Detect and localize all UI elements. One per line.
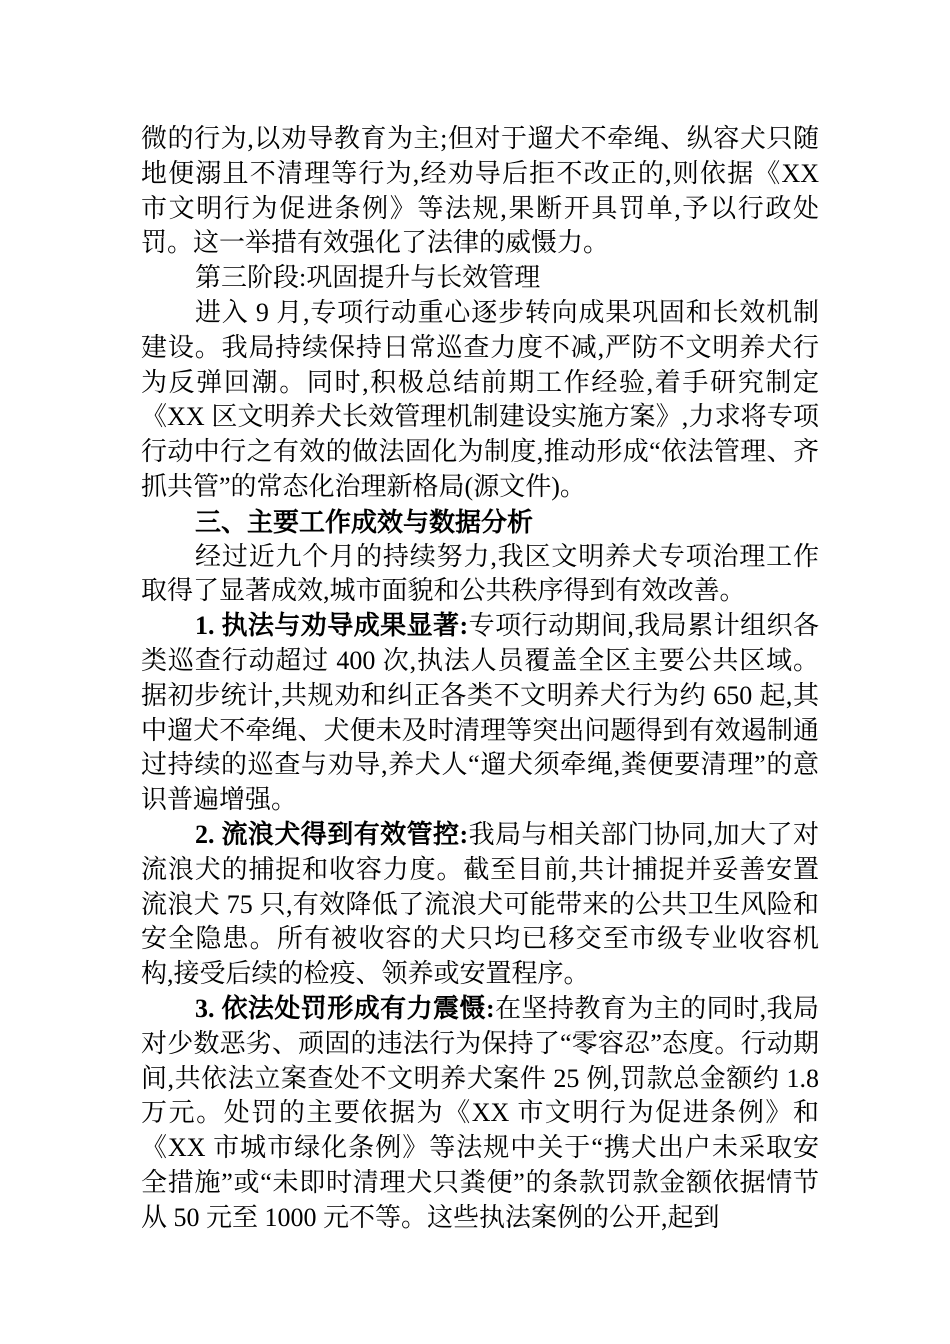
achievement-3-lead: 3. 依法处罚形成有力震慑: <box>195 994 495 1023</box>
paragraph-achievement-3: 3. 依法处罚形成有力震慑:在坚持教育为主的同时,我局对少数恶劣、顽固的违法行为… <box>141 992 819 1236</box>
paragraph-continuation: 微的行为,以劝导教育为主;但对于遛犬不牵绳、纵容犬只随地便溺且不清理等行为,经劝… <box>141 122 819 261</box>
section-heading: 三、主要工作成效与数据分析 <box>141 505 819 540</box>
paragraph-section-intro: 经过近九个月的持续努力,我区文明养犬专项治理工作取得了显著成效,城市面貌和公共秩… <box>141 540 819 610</box>
paragraph-stage3-body: 进入 9 月,专项行动重心逐步转向成果巩固和长效机制建设。我局持续保持日常巡查力… <box>141 296 819 505</box>
section-heading-text: 三、主要工作成效与数据分析 <box>195 507 533 537</box>
achievement-1-lead: 1. 执法与劝导成果显著: <box>195 611 468 640</box>
paragraph-achievement-1: 1. 执法与劝导成果显著:专项行动期间,我局累计组织各类巡查行动超过 400 次… <box>141 609 819 818</box>
text-run: 专项行动期间,我局累计组织各类巡查行动超过 400 次,执法人员覆盖全区主要公共… <box>141 611 819 814</box>
document-body: 微的行为,以劝导教育为主;但对于遛犬不牵绳、纵容犬只随地便溺且不清理等行为,经劝… <box>141 122 819 1236</box>
text-run: 进入 9 月,专项行动重心逐步转向成果巩固和长效机制建设。我局持续保持日常巡查力… <box>141 298 819 501</box>
text-run: 微的行为,以劝导教育为主;但对于遛犬不牵绳、纵容犬只随地便溺且不清理等行为,经劝… <box>141 124 819 257</box>
paragraph-achievement-2: 2. 流浪犬得到有效管控:我局与相关部门协同,加大了对流浪犬的捕捉和收容力度。截… <box>141 818 819 992</box>
achievement-2-lead: 2. 流浪犬得到有效管控: <box>195 820 468 849</box>
text-run: 第三阶段:巩固提升与长效管理 <box>195 263 540 292</box>
document-page: 微的行为,以劝导教育为主;但对于遛犬不牵绳、纵容犬只随地便溺且不清理等行为,经劝… <box>0 0 950 1344</box>
text-run: 经过近九个月的持续努力,我区文明养犬专项治理工作取得了显著成效,城市面貌和公共秩… <box>141 542 819 606</box>
text-run: 在坚持教育为主的同时,我局对少数恶劣、顽固的违法行为保持了“零容忍”态度。行动期… <box>141 994 819 1232</box>
paragraph-stage3-subheading: 第三阶段:巩固提升与长效管理 <box>141 261 819 296</box>
